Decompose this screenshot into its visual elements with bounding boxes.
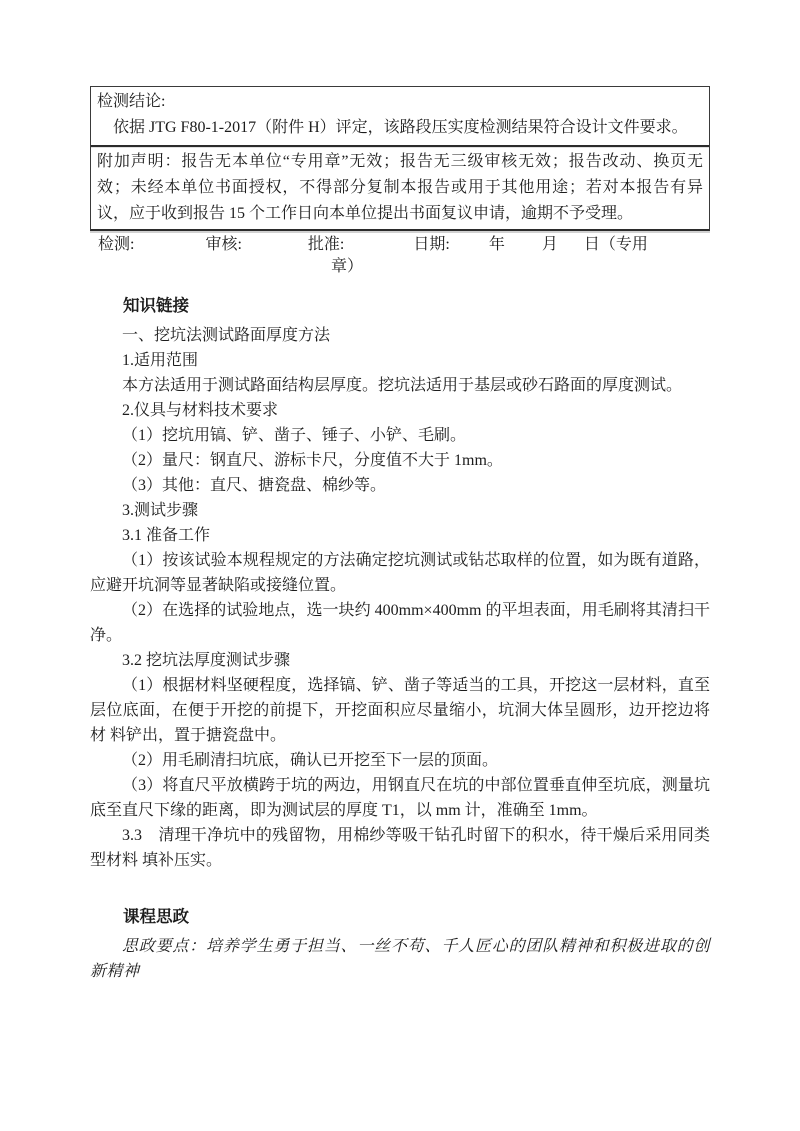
conclusion-label: 检测结论:	[97, 89, 703, 115]
knowledge-paragraph: （2）量尺：钢直尺、游标卡尺，分度值不大于 1mm。	[90, 448, 710, 473]
sign-label-date: 日期:	[413, 234, 449, 256]
report-conclusion-table: 检测结论: 依据 JTG F80-1-2017（附件 H）评定，该路段压实度检测…	[90, 86, 710, 231]
document-page: 检测结论: 依据 JTG F80-1-2017（附件 H）评定，该路段压实度检测…	[0, 0, 800, 1131]
knowledge-section: 知识链接 一、挖坑法测试路面厚度方法 1.适用范围 本方法适用于测试路面结构层厚…	[90, 294, 710, 873]
sign-label-inspect: 检测:	[98, 234, 134, 256]
knowledge-paragraph: 3.2 挖坑法厚度测试步骤	[90, 648, 710, 673]
knowledge-paragraph: （3）其他：直尺、搪瓷盘、棉纱等。	[90, 473, 710, 498]
knowledge-paragraph: 一、挖坑法测试路面厚度方法	[90, 323, 710, 348]
politics-text: 思政要点：培养学生勇于担当、一丝不苟、千人匠心的团队精神和积极进取的创新精神	[90, 934, 710, 984]
knowledge-paragraph: （2）在选择的试验地点，选一块约 400mm×400mm 的平坦表面，用毛刷将其…	[90, 598, 710, 648]
knowledge-paragraph: （3）将直尺平放横跨于坑的两边，用钢直尺在坑的中部位置垂直伸至坑底，测量坑 底至…	[90, 773, 710, 823]
knowledge-paragraph: 本方法适用于测试路面结构层厚度。挖坑法适用于基层或砂石路面的厚度测试。	[90, 373, 710, 398]
signature-row: 检测: 审核: 批准: 日期: 年 月 日（专用	[90, 234, 710, 256]
sign-label-day-seal: 日（专用	[584, 234, 648, 256]
knowledge-paragraph: 3.测试步骤	[90, 498, 710, 523]
sign-label-seal-wrap: 章）	[331, 256, 710, 278]
knowledge-paragraph: 3.1 准备工作	[90, 523, 710, 548]
politics-heading: 课程思政	[90, 905, 710, 930]
knowledge-heading: 知识链接	[90, 294, 710, 319]
sign-label-month: 月	[542, 234, 558, 256]
conclusion-cell: 检测结论: 依据 JTG F80-1-2017（附件 H）评定，该路段压实度检测…	[91, 87, 709, 147]
sign-label-review: 审核:	[205, 234, 241, 256]
additional-statement: 附加声明：报告无本单位“专用章”无效；报告无三级审核无效；报告改动、换页无效；未…	[91, 147, 709, 229]
knowledge-paragraph: 3.3 清理干净坑中的残留物，用棉纱等吸干钻孔时留下的积水，待干燥后采用同类型材…	[90, 823, 710, 873]
knowledge-paragraph: 2.仪具与材料技术要求	[90, 398, 710, 423]
knowledge-paragraph: （1）挖坑用镐、铲、凿子、锤子、小铲、毛刷。	[90, 423, 710, 448]
knowledge-paragraph: （1）根据材料坚硬程度，选择镐、铲、凿子等适当的工具，开挖这一层材料，直至 层位…	[90, 673, 710, 748]
conclusion-text: 依据 JTG F80-1-2017（附件 H）评定，该路段压实度检测结果符合设计…	[97, 115, 703, 141]
knowledge-paragraph: 1.适用范围	[90, 348, 710, 373]
sign-label-year: 年	[489, 234, 505, 256]
politics-section: 课程思政 思政要点：培养学生勇于担当、一丝不苟、千人匠心的团队精神和积极进取的创…	[90, 905, 710, 984]
knowledge-paragraph: （1）按该试验本规程规定的方法确定挖坑测试或钻芯取样的位置，如为既有道路，应避开…	[90, 548, 710, 598]
knowledge-paragraph: （2）用毛刷清扫坑底，确认已开挖至下一层的顶面。	[90, 748, 710, 773]
sign-label-approve: 批准:	[308, 234, 344, 256]
